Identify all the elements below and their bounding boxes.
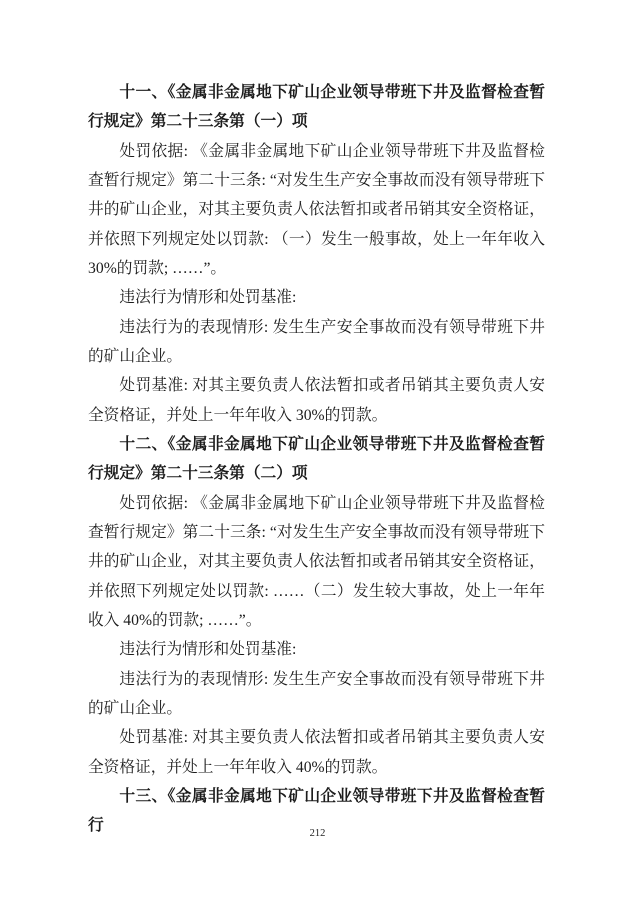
document-body: 十一、《金属非金属地下矿山企业领导带班下井及监督检查暂行规定》第二十三条第（一）… <box>88 78 545 841</box>
page-number: 212 <box>0 827 635 841</box>
violation-manifestation-paragraph-12: 违法行为的表现情形: 发生生产安全事故而没有领导带班下井的矿山企业。 <box>88 665 545 724</box>
penalty-standard-paragraph-11: 处罚基准: 对其主要负责人依法暂扣或者吊销其主要负责人安全资格证，并处上一年年收… <box>88 371 545 430</box>
penalty-basis-paragraph-11: 处罚依据: 《金属非金属地下矿山企业领导带班下井及监督检查暂行规定》第二十三条:… <box>88 137 545 284</box>
heading-section-11: 十一、《金属非金属地下矿山企业领导带班下井及监督检查暂行规定》第二十三条第（一）… <box>88 78 545 137</box>
violation-and-penalty-basis-label-11: 违法行为情形和处罚基准: <box>88 283 545 312</box>
violation-manifestation-paragraph-11: 违法行为的表现情形: 发生生产安全事故而没有领导带班下井的矿山企业。 <box>88 313 545 372</box>
document-page: 十一、《金属非金属地下矿山企业领导带班下井及监督检查暂行规定》第二十三条第（一）… <box>0 0 635 898</box>
penalty-standard-paragraph-12: 处罚基准: 对其主要负责人依法暂扣或者吊销其主要负责人安全资格证，并处上一年年收… <box>88 723 545 782</box>
violation-and-penalty-basis-label-12: 违法行为情形和处罚基准: <box>88 635 545 664</box>
heading-section-12: 十二、《金属非金属地下矿山企业领导带班下井及监督检查暂行规定》第二十三条第（二）… <box>88 430 545 489</box>
penalty-basis-paragraph-12: 处罚依据: 《金属非金属地下矿山企业领导带班下井及监督检查暂行规定》第二十三条:… <box>88 489 545 636</box>
